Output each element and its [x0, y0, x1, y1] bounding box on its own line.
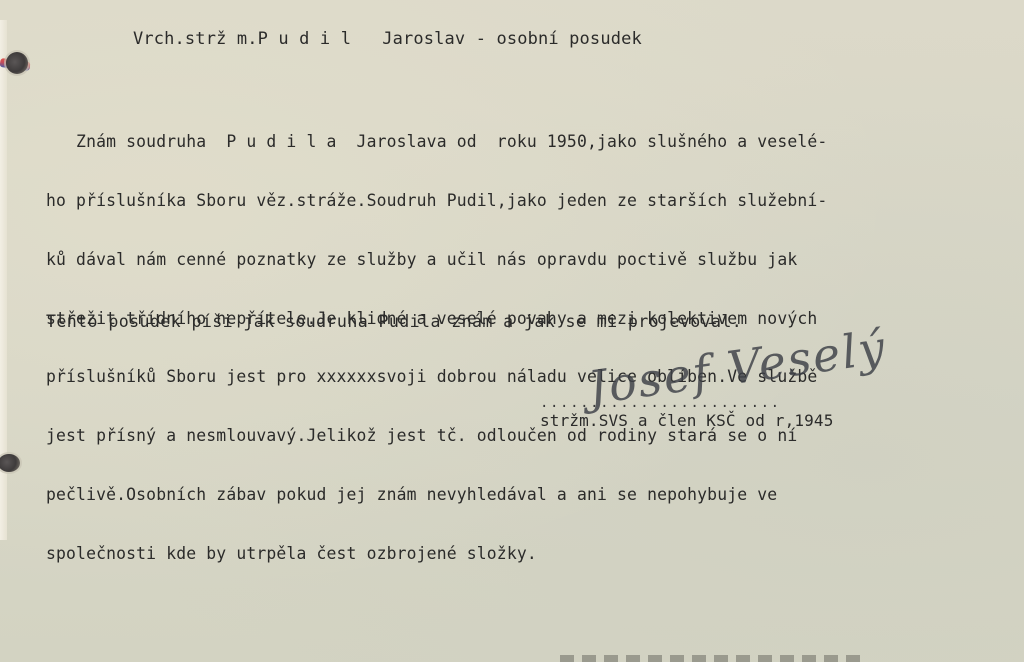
body-line: ho příslušníka Sboru věz.stráže.Soudruh … [46, 191, 827, 211]
closing-sentence: Tento posudek píši jak soudruha Pudila z… [46, 312, 742, 332]
body-paragraph: Znám soudruha P u d i l a Jaroslava od r… [46, 93, 827, 583]
cut-off-next-line [560, 655, 860, 662]
signatory-rank-label: stržm.SVS a člen KSČ od r,1945 [540, 411, 833, 431]
punch-hole-top [6, 52, 28, 74]
body-line: společnosti kde by utrpěla čest ozbrojen… [46, 544, 827, 564]
body-line: ků dával nám cenné poznatky ze služby a … [46, 250, 827, 270]
body-line: Znám soudruha P u d i l a Jaroslava od r… [46, 132, 827, 152]
document-title: Vrch.strž m.P u d i l Jaroslav - osobní … [133, 30, 642, 50]
body-line: pečlivě.Osobních zábav pokud jej znám ne… [46, 485, 827, 505]
